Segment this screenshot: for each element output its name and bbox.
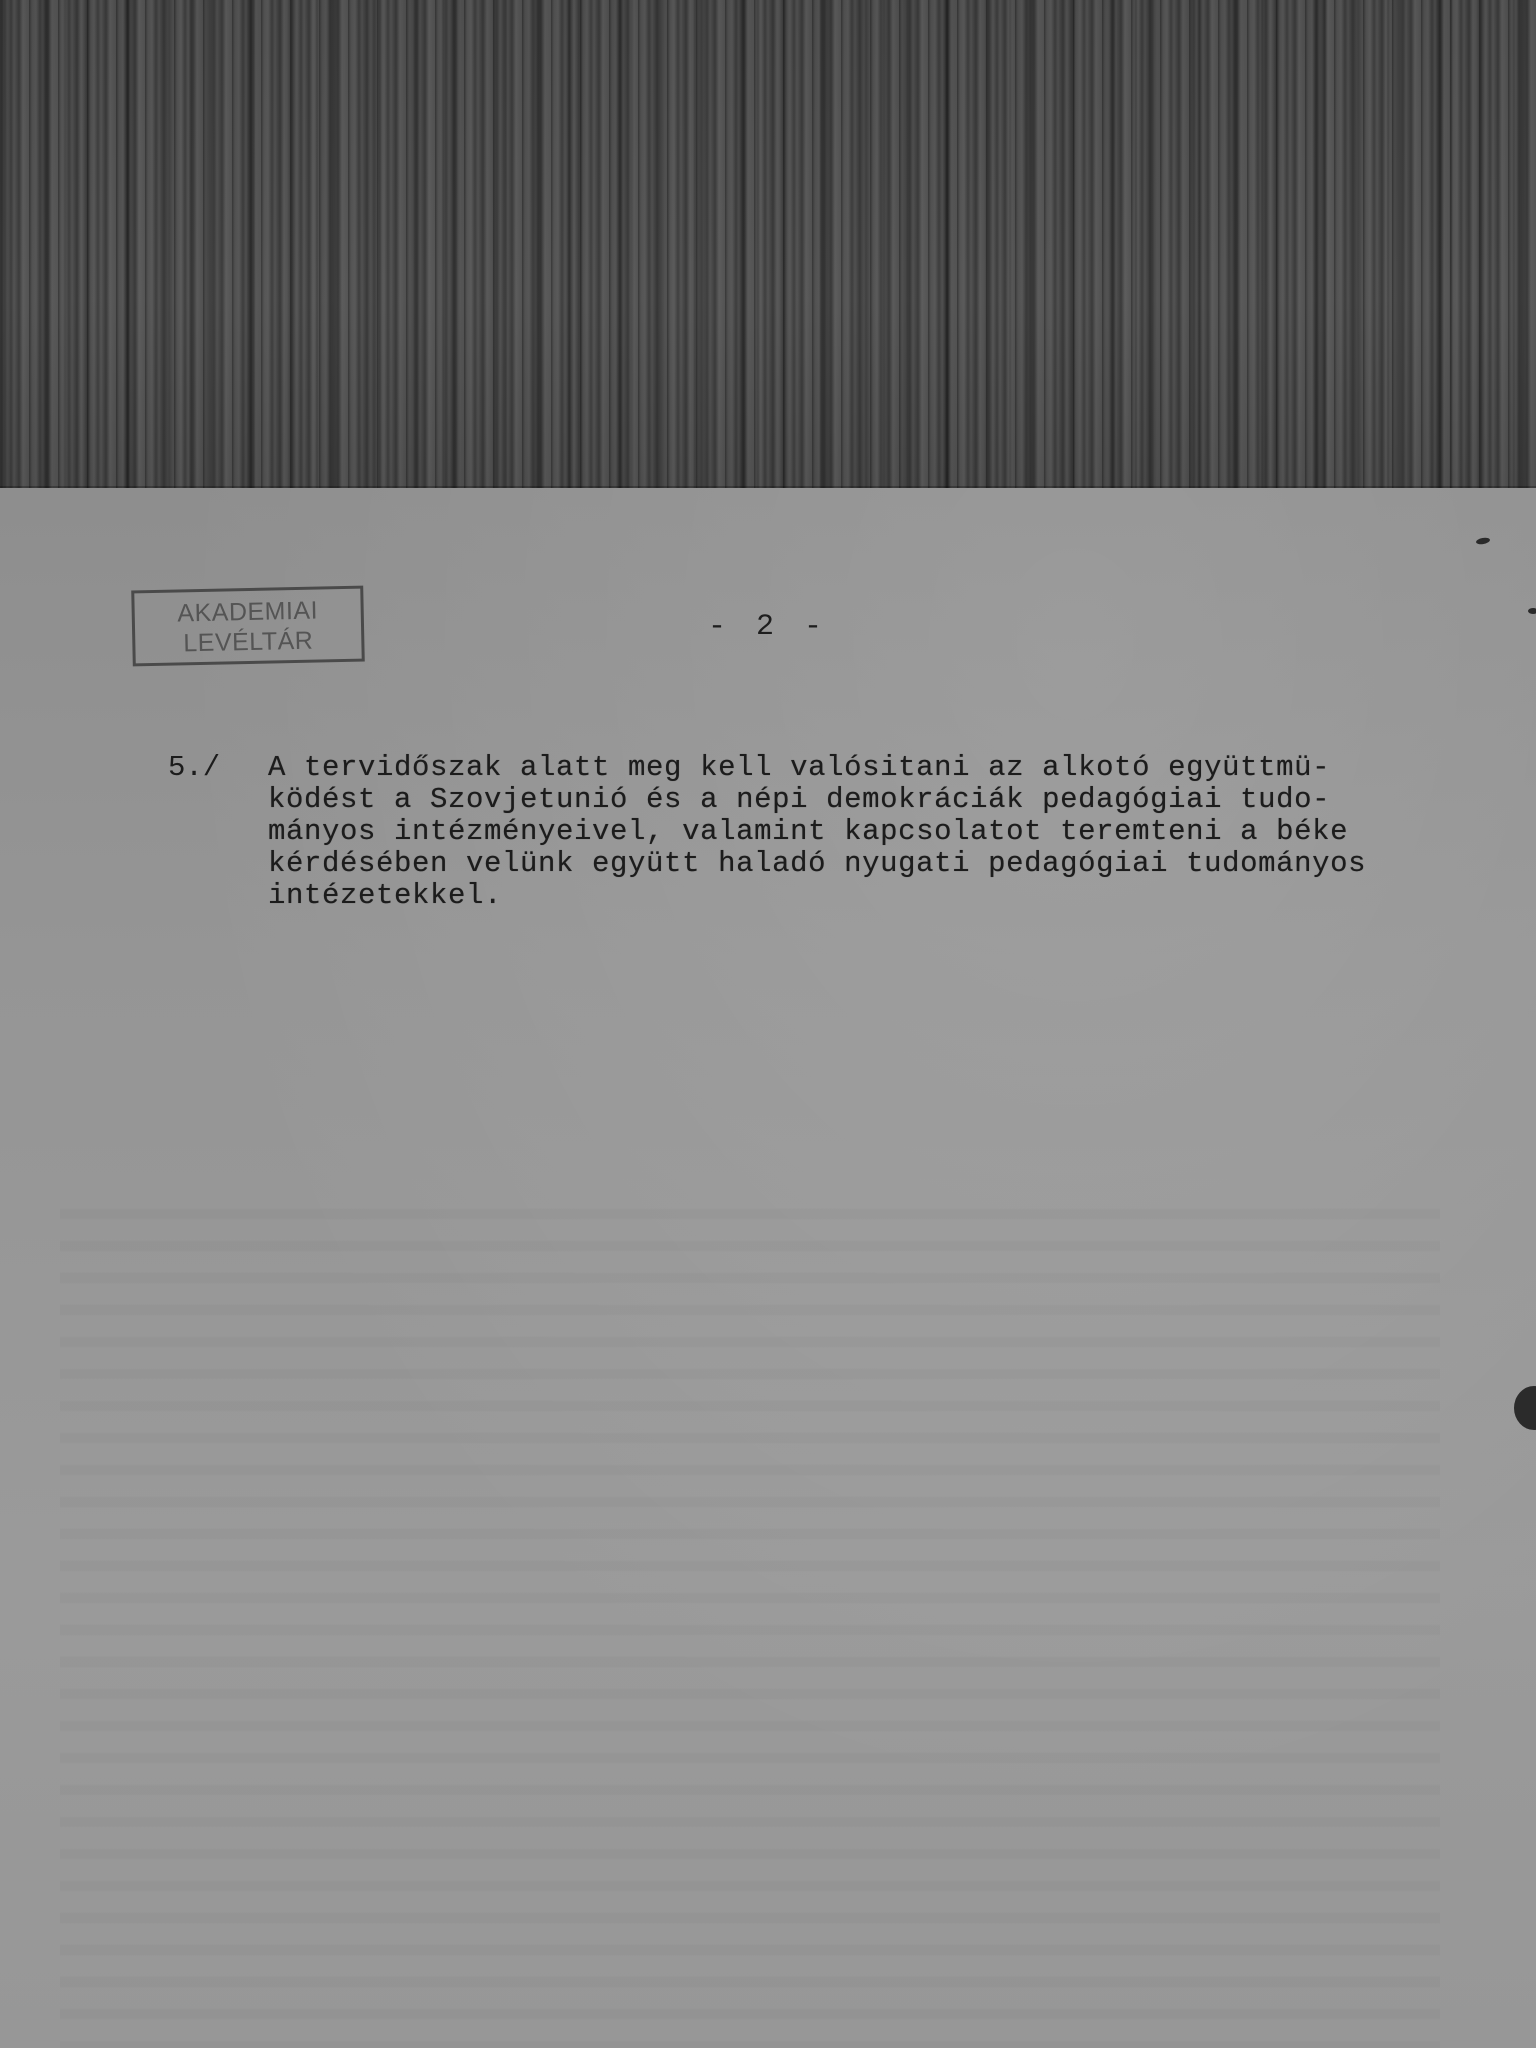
archive-stamp: AKADEMIAI LEVÉLTÁR [131, 586, 365, 667]
paragraph-line: intézetekkel. [268, 880, 1536, 912]
paragraph-body: A tervidőszak alatt meg kell valósitani … [268, 752, 1536, 912]
ink-spot [1476, 537, 1491, 545]
paragraph-line: kérdésében velünk együtt haladó nyugati … [268, 848, 1536, 880]
punch-hole [1514, 1386, 1536, 1430]
stamp-line-2: LEVÉLTÁR [135, 625, 362, 660]
document-page: AKADEMIAI LEVÉLTÁR - 2 - 5./ A tervidősz… [0, 488, 1536, 2048]
photo-scene: AKADEMIAI LEVÉLTÁR - 2 - 5./ A tervidősz… [0, 0, 1536, 2048]
paragraph-line: mányos intézményeivel, valamint kapcsola… [268, 816, 1536, 848]
paragraph-line: ködést a Szovjetunió és a népi demokráci… [268, 784, 1536, 816]
ink-spot [1528, 608, 1536, 614]
stamp-line-1: AKADEMIAI [134, 595, 361, 630]
show-through-text-texture [60, 1188, 1440, 2048]
page-number: - 2 - [708, 610, 828, 644]
paragraph-number: 5./ [168, 752, 220, 784]
wooden-desk-background [0, 0, 1536, 500]
paragraph-line: A tervidőszak alatt meg kell valósitani … [268, 752, 1536, 784]
